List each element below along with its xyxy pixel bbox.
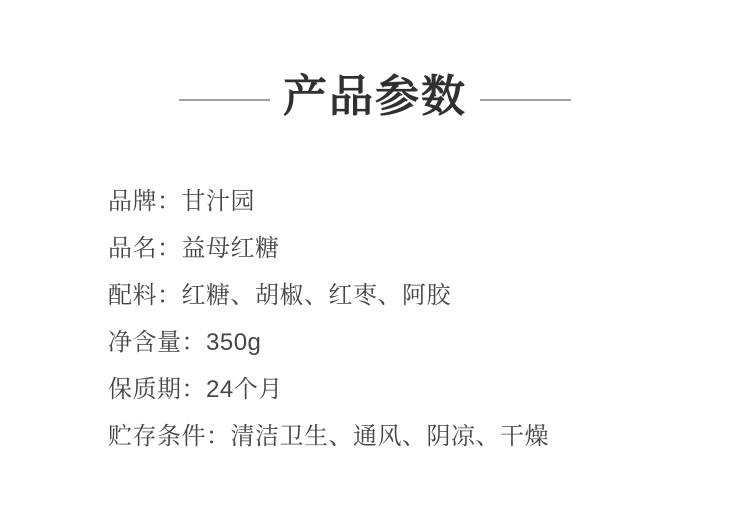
spec-row-name: 品名：益母红糖 xyxy=(108,234,549,264)
title-divider-left xyxy=(179,99,270,101)
spec-label: 配料： xyxy=(108,282,182,309)
spec-value: 益母红糖 xyxy=(182,235,280,262)
spec-row-shelf-life: 保质期：24个月 xyxy=(108,375,549,405)
spec-label: 贮存条件： xyxy=(108,423,231,450)
spec-row-ingredients: 配料：红糖、胡椒、红枣、阿胶 xyxy=(108,281,549,311)
section-title: 产品参数 xyxy=(283,74,467,120)
spec-label: 净含量： xyxy=(108,329,206,356)
spec-row-brand: 品牌：甘汁园 xyxy=(108,187,549,217)
spec-value: 红糖、胡椒、红枣、阿胶 xyxy=(182,282,452,309)
spec-row-storage: 贮存条件：清洁卫生、通风、阴凉、干燥 xyxy=(108,422,549,452)
spec-label: 保质期： xyxy=(108,376,206,403)
section-header: 产品参数 xyxy=(0,74,750,120)
spec-value: 24个月 xyxy=(206,376,283,403)
spec-label: 品名： xyxy=(108,235,182,262)
product-parameters-panel: 产品参数 品牌：甘汁园 品名：益母红糖 配料：红糖、胡椒、红枣、阿胶 净含量：3… xyxy=(0,0,750,532)
title-divider-right xyxy=(480,99,571,101)
spec-value: 甘汁园 xyxy=(182,188,256,215)
spec-label: 品牌： xyxy=(108,188,182,215)
spec-value: 清洁卫生、通风、阴凉、干燥 xyxy=(231,423,550,450)
spec-list: 品牌：甘汁园 品名：益母红糖 配料：红糖、胡椒、红枣、阿胶 净含量：350g 保… xyxy=(108,187,549,469)
spec-value: 350g xyxy=(206,329,261,356)
spec-row-net-weight: 净含量：350g xyxy=(108,328,549,358)
